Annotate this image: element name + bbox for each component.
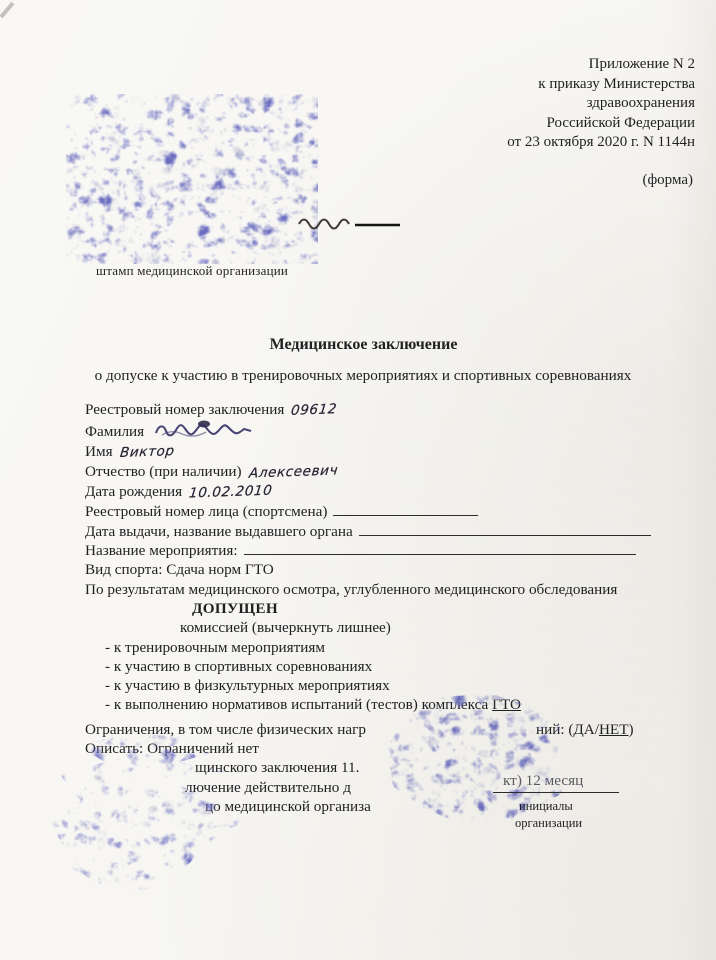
- header-line: к приказу Министерства: [507, 75, 695, 95]
- surname-handwriting-illegible: [152, 420, 256, 440]
- name-handwritten-value: Виктор: [119, 442, 175, 463]
- no-underlined: НЕТ: [599, 721, 629, 738]
- form-line-birthdate: Дата рождения10.02.2010: [85, 482, 655, 502]
- limitations-close: ): [628, 721, 633, 738]
- commission-line-text: комиссией (вычеркнуть лишнее): [180, 619, 391, 636]
- issue-label: Дата выдачи, название выдавшего органа: [85, 523, 353, 540]
- form-line-patronymic: Отчество (при наличии)Алексеевич: [85, 462, 655, 482]
- form-line-issue: Дата выдачи, название выдавшего органа: [85, 522, 655, 541]
- form-note: (форма): [642, 172, 693, 189]
- sport-line-text: Вид спорта: Сдача норм ГТО: [85, 561, 274, 578]
- form-line-athlete-registry: Реестровый номер лица (спортсмена): [85, 502, 655, 521]
- form-line-admitted: ДОПУЩЕН: [85, 599, 655, 618]
- form-line-sport: Вид спорта: Сдача норм ГТО: [85, 560, 655, 579]
- form-line-name: ИмяВиктор: [85, 442, 655, 462]
- partial-text-fragment: щинского заключения 11.: [195, 759, 359, 776]
- handwritten-squiggle-line: [297, 214, 405, 234]
- stamp-caption: штамп медицинской организации: [96, 263, 288, 279]
- partial-text-fragment: лючение действительно д: [185, 779, 351, 796]
- header-line: Приложение N 2: [507, 55, 695, 75]
- admission-option-4: - к выполнению нормативов испытаний (тес…: [105, 695, 655, 714]
- medical-organization-stamp-censored: [66, 94, 318, 264]
- athlete-registry-label: Реестровый номер лица (спортсмена): [85, 503, 327, 520]
- signature-underline: [493, 792, 619, 793]
- document-title: Медицинское заключение: [85, 336, 642, 354]
- form-line-event: Название мероприятия:: [85, 541, 655, 560]
- form-line-registry-number: Реестровый номер заключения09612: [85, 400, 655, 420]
- form-line-limitations: Ограничения, в том числе физических нагр…: [85, 720, 655, 739]
- event-label: Название мероприятия:: [85, 542, 238, 559]
- results-line-text: По результатам медицинского осмотра, угл…: [85, 581, 617, 598]
- patronymic-label: Отчество (при наличии): [85, 463, 242, 480]
- registry-number-label: Реестровый номер заключения: [85, 401, 284, 418]
- option-text: - к тренировочным мероприятиям: [105, 639, 325, 656]
- header-line: здравоохранения: [507, 94, 695, 114]
- scanned-medical-certificate-page: Приложение N 2 к приказу Министерства зд…: [0, 0, 716, 960]
- admission-option-2: - к участию в спортивных соревнованиях: [105, 657, 655, 676]
- organization-caption: организации: [515, 816, 582, 831]
- option-text: - к участию в спортивных соревнованиях: [105, 658, 372, 675]
- name-label: Имя: [85, 443, 113, 460]
- birthdate-handwritten-value: 10.02.2010: [188, 482, 273, 504]
- registry-number-handwritten-value: 09612: [290, 400, 338, 421]
- option-text: - к участию в физкультурных мероприятиях: [105, 677, 390, 694]
- issue-blank-field: [359, 522, 651, 536]
- admission-option-1: - к тренировочным мероприятиям: [105, 638, 655, 657]
- header-line: от 23 октября 2020 г. N 1144н: [507, 133, 695, 153]
- order-reference-block: Приложение N 2 к приказу Министерства зд…: [507, 55, 695, 153]
- form-line-surname: Фамилия: [85, 420, 655, 441]
- event-blank-field: [244, 541, 636, 555]
- form-line-results: По результатам медицинского осмотра, угл…: [85, 580, 655, 599]
- initials-caption: инициалы: [519, 799, 573, 814]
- admission-option-3: - к участию в физкультурных мероприятиях: [105, 676, 655, 695]
- form-line-commission: комиссией (вычеркнуть лишнее): [85, 618, 655, 637]
- athlete-registry-blank-field: [333, 502, 478, 516]
- header-line: Российской Федерации: [507, 114, 695, 134]
- birthdate-label: Дата рождения: [85, 483, 182, 500]
- surname-label: Фамилия: [85, 423, 144, 440]
- patronymic-handwritten-value: Алексеевич: [248, 461, 339, 483]
- scan-corner-smudge: [0, 0, 18, 20]
- document-subtitle: о допуске к участию в тренировочных меро…: [58, 367, 668, 385]
- admitted-word: ДОПУЩЕН: [192, 600, 278, 617]
